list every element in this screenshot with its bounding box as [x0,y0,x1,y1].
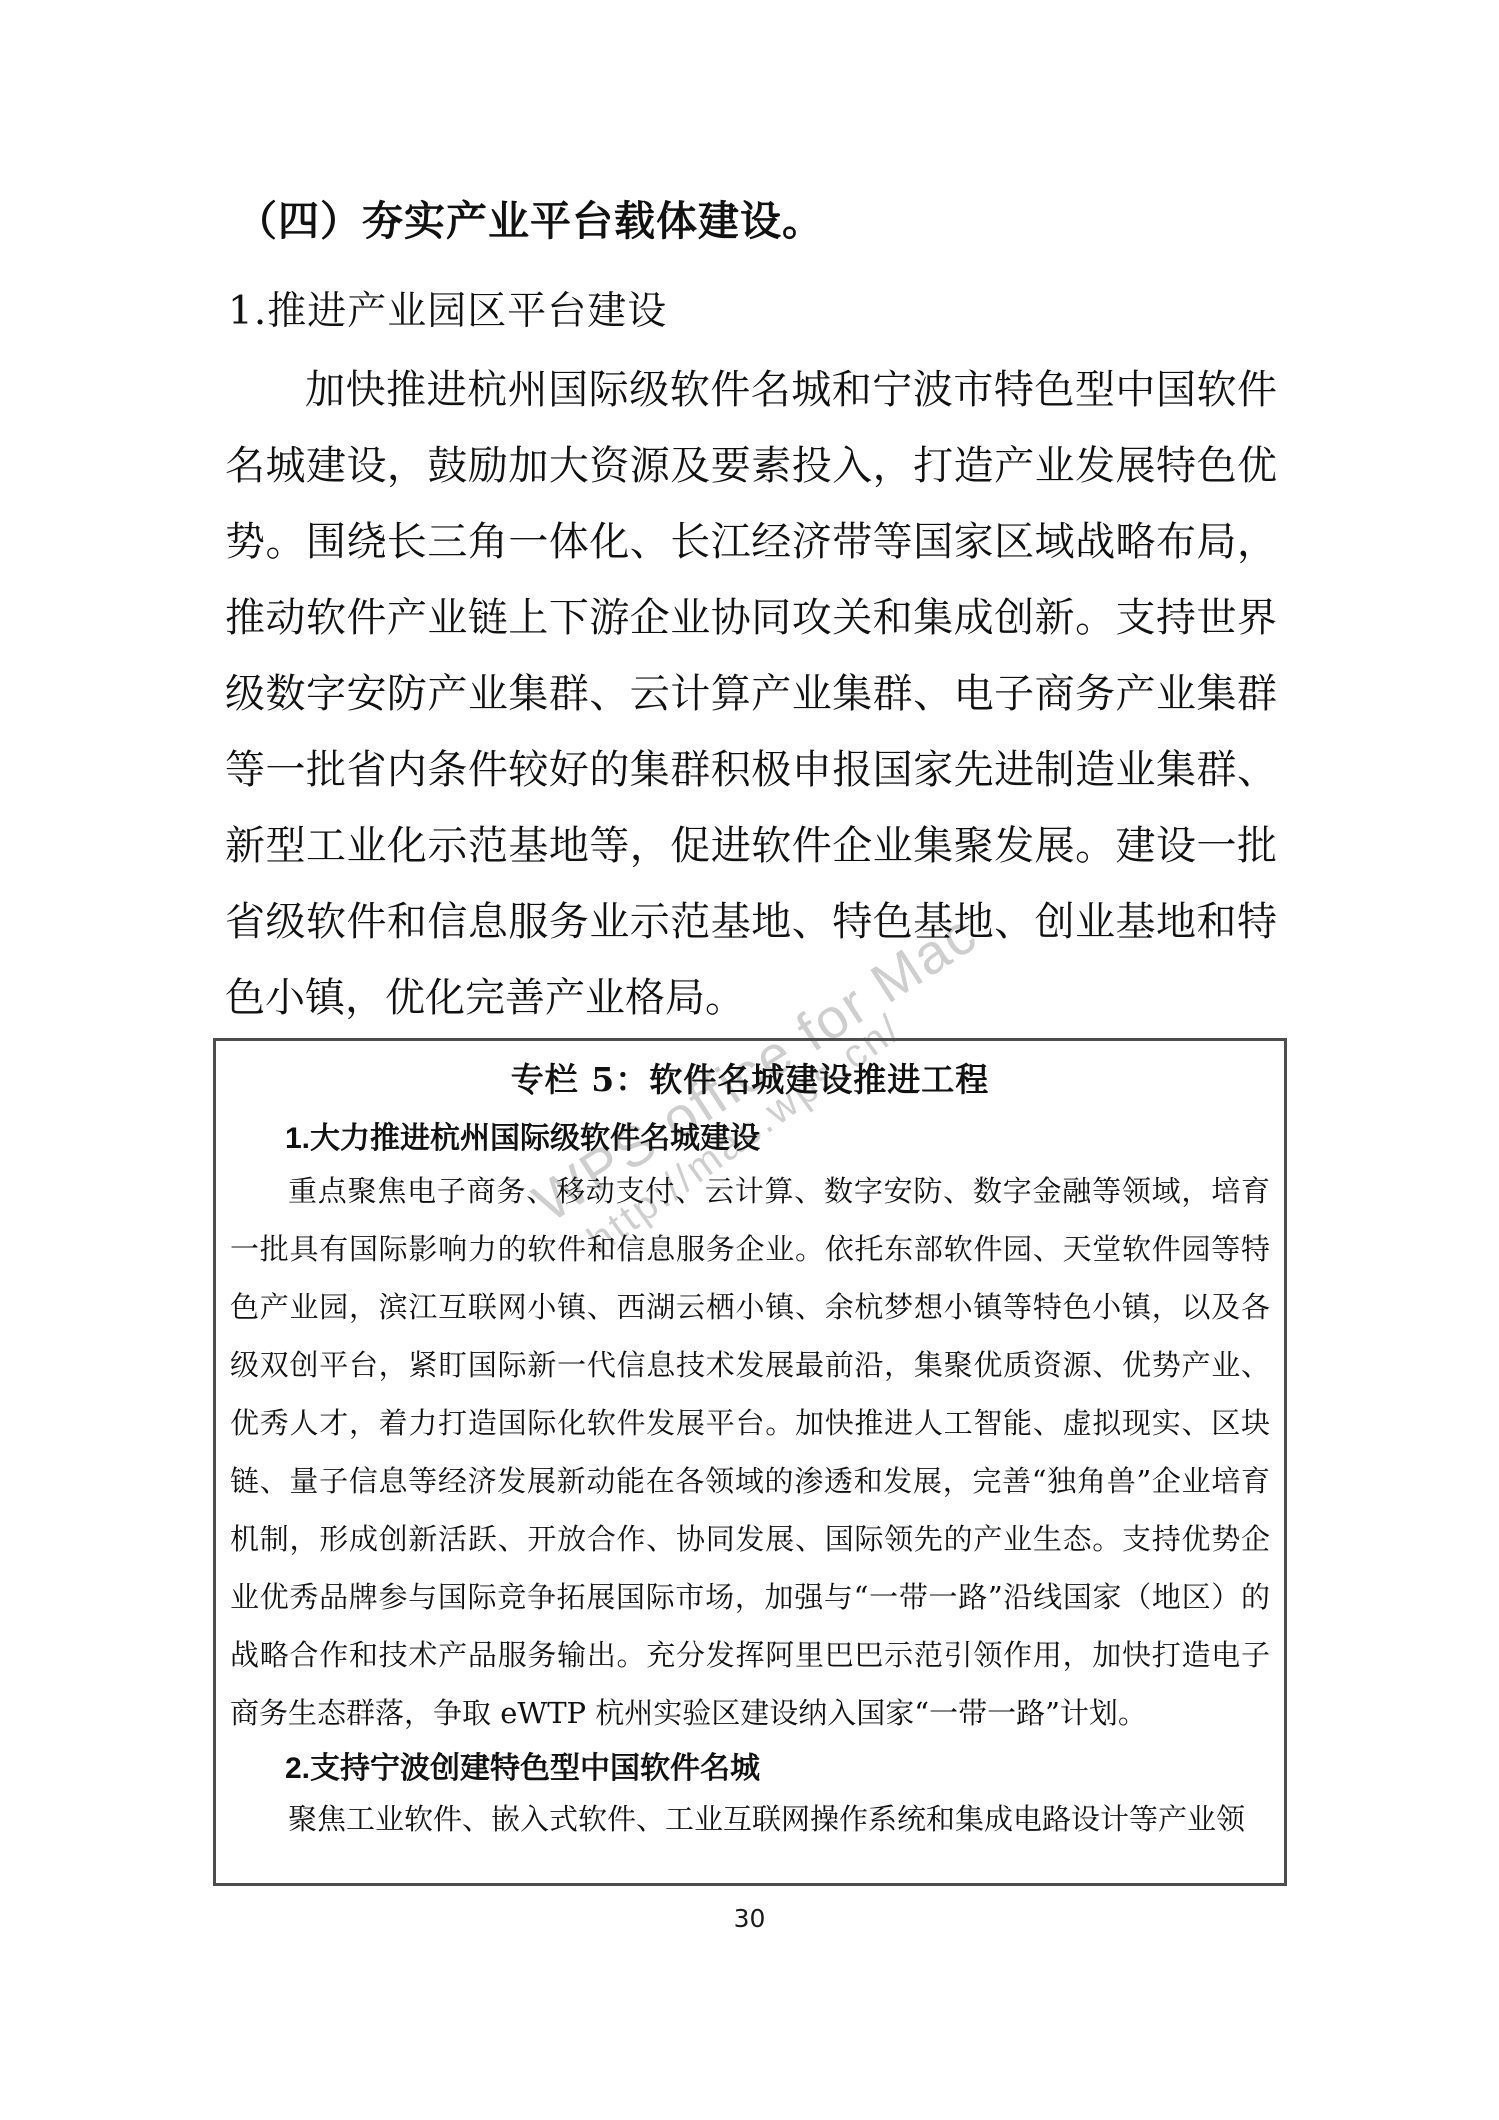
callout-item-2-body: 聚焦工业软件、嵌入式软件、工业互联网操作系统和集成电路设计等产业领 [230,1790,1270,1848]
callout-item-1-heading: 1.大力推进杭州国际级软件名城建设 [230,1118,1270,1160]
body-paragraph: 加快推进杭州国际级软件名城和宁波市特色型中国软件名城建设，鼓励加大资源及要素投入… [225,352,1277,1036]
section-heading: （四）夯实产业平台载体建设。 [236,188,1296,247]
callout-box-title: 专栏 5：软件名城建设推进工程 [230,1057,1270,1103]
section-subheading: 1.推进产业园区平台建设 [228,280,1288,336]
callout-item-1-body: 重点聚焦电子商务、移动支付、云计算、数字安防、数字金融等领域，培育一批具有国际影… [230,1162,1270,1742]
callout-item-2-heading: 2.支持宁波创建特色型中国软件名城 [230,1748,1270,1790]
document-page: WPS office for Mac http://mac.wps.cn/ （四… [0,0,1499,2120]
page-number: 30 [0,1904,1499,1933]
callout-box: 专栏 5：软件名城建设推进工程 1.大力推进杭州国际级软件名城建设 重点聚焦电子… [213,1038,1287,1886]
